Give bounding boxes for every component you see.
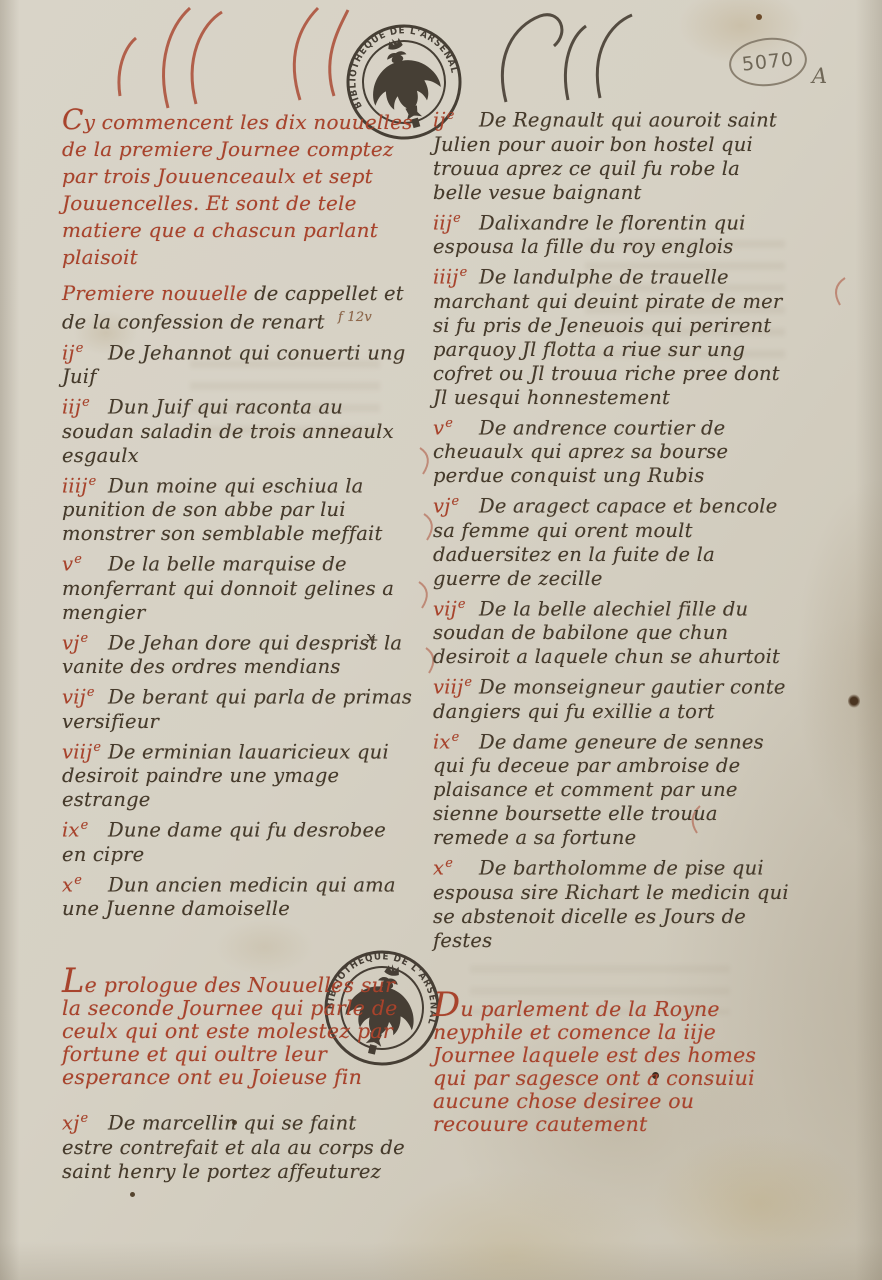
toc-entry-first: Premiere nouuelle de cappellet et de la … bbox=[62, 282, 414, 335]
entry-number: ve bbox=[433, 412, 479, 441]
entry-number: xe bbox=[433, 852, 479, 881]
entry-number: vje bbox=[433, 490, 479, 519]
entry-rubric-lead: Premiere nouuelle bbox=[62, 282, 248, 305]
entry-text: Dalixandre le florentin qui espousa la f… bbox=[433, 211, 746, 258]
entry-number: ixe bbox=[62, 814, 108, 843]
entry-text: De la belle marquise de monferrant qui d… bbox=[62, 553, 394, 624]
toc-entry: viijeDe monseigneur gautier conte dangie… bbox=[433, 671, 789, 724]
entry-number: xje bbox=[62, 1107, 108, 1136]
right-text-column: ijeDe Regnault qui aouroit saint Julien … bbox=[433, 94, 789, 1136]
ink-spot bbox=[848, 694, 860, 708]
entry-text: De aragect capace et bencole sa femme qu… bbox=[433, 495, 777, 590]
toc-entry: vjeDe aragect capace et bencole sa femme… bbox=[433, 490, 789, 591]
toc-entry: iijeDun Juif qui raconta au soudan salad… bbox=[62, 391, 414, 468]
entry-text: Dun ancien medicin qui ama une Juenne da… bbox=[62, 873, 396, 920]
ink-spot bbox=[130, 1192, 135, 1197]
entry-text: De dame geneure de sennes qui fu deceue … bbox=[433, 730, 764, 849]
entry-number: xe bbox=[62, 869, 108, 898]
entry-text: De landulphe de trauelle marchant qui de… bbox=[433, 266, 782, 409]
entry-number: vije bbox=[433, 593, 479, 622]
shelfmark-number: 5070 bbox=[741, 48, 795, 75]
entry-number: iije bbox=[62, 391, 108, 420]
entry-number: vije bbox=[62, 681, 108, 710]
entry-number: ije bbox=[433, 104, 479, 133]
entry-number: viije bbox=[433, 671, 479, 700]
entry-text: De Regnault qui aouroit saint Julien pou… bbox=[433, 109, 777, 204]
left-text-column: Cy commencent les dix nouuelles de la pr… bbox=[62, 106, 414, 1186]
entry-text: Dune dame qui fu desrobee en cipre bbox=[62, 819, 386, 866]
entry-text: Dun Juif qui raconta au soudan saladin d… bbox=[62, 396, 394, 467]
toc-entry: iiijeDe landulphe de trauelle marchant q… bbox=[433, 261, 789, 410]
shelfmark-oval: 5070 bbox=[727, 34, 810, 90]
dark-cadel-flourishes bbox=[502, 15, 632, 102]
entry-number: iiije bbox=[433, 261, 479, 290]
day2-prologue-rubric: Le prologue des Nouuelles sur la seconde… bbox=[62, 969, 414, 1089]
entry-text: De Jehannot qui conuerti ung Juif bbox=[62, 341, 405, 388]
entry-number: iiije bbox=[62, 470, 108, 499]
toc-entry: vjeDe Jehan dore qui desprist la vanite … bbox=[62, 627, 414, 680]
toc-entry: viijeDe erminian lauaricieux qui desiroi… bbox=[62, 736, 414, 813]
entry-number: ije bbox=[62, 337, 108, 366]
toc-entry: iiijeDun moine qui eschiua la punition d… bbox=[62, 470, 414, 547]
toc-entry: ijeDe Regnault qui aouroit saint Julien … bbox=[433, 104, 789, 205]
entry-text: De Jehan dore qui desprist la vanite des… bbox=[62, 631, 402, 678]
ink-spot bbox=[756, 14, 762, 20]
corner-letter: A bbox=[812, 64, 827, 88]
entry-number: vje bbox=[62, 627, 108, 656]
entry-number: iije bbox=[433, 207, 479, 236]
day3-opening-rubric: Du parlement de la Royne neyphile et com… bbox=[433, 993, 789, 1136]
entry-text: De la belle alechiel fille du soudan de … bbox=[433, 597, 780, 668]
toc-entry: iijeDalixandre le florentin qui espousa … bbox=[433, 207, 789, 260]
toc-entry: veDe la belle marquise de monferrant qui… bbox=[62, 548, 414, 625]
day1-opening-rubric: Cy commencent les dix nouuelles de la pr… bbox=[62, 106, 414, 271]
toc-entry: ixeDe dame geneure de sennes qui fu dece… bbox=[433, 726, 789, 851]
toc-entry: xeDun ancien medicin qui ama une Juenne … bbox=[62, 869, 414, 922]
toc-entry: xjeDe marcellin qui se faint estre contr… bbox=[62, 1107, 414, 1184]
toc-entry: xeDe bartholomme de pise qui espousa sir… bbox=[433, 852, 789, 953]
toc-entry: vijeDe berant qui parla de primas versif… bbox=[62, 681, 414, 734]
entry-text: De erminian lauaricieux qui desiroit pai… bbox=[62, 740, 389, 811]
entry-text: De monseigneur gautier conte dangiers qu… bbox=[433, 676, 786, 723]
manuscript-page: BIBLIOTHEQUE DE L'ARSENAL BIBLIOTHEQUE D… bbox=[0, 0, 882, 1280]
toc-entry: ixeDune dame qui fu desrobee en cipre bbox=[62, 814, 414, 867]
toc-entry: veDe andrence courtier de cheuaulx qui a… bbox=[433, 412, 789, 489]
toc-entry: ijeDe Jehannot qui conuerti ung Juif bbox=[62, 337, 414, 390]
folio-reference: f 12v bbox=[338, 310, 372, 325]
entry-number: ve bbox=[62, 548, 108, 577]
entry-text: De marcellin qui se faint estre contrefa… bbox=[62, 1112, 405, 1183]
entry-text: De bartholomme de pise qui espousa sire … bbox=[433, 857, 789, 952]
entry-number: viije bbox=[62, 736, 108, 765]
entry-text: De berant qui parla de primas versifieur bbox=[62, 686, 412, 733]
red-cadel-flourishes bbox=[119, 8, 348, 108]
entry-number: ixe bbox=[433, 726, 479, 755]
toc-entry: vijeDe la belle alechiel fille du soudan… bbox=[433, 593, 789, 670]
entry-text: Dun moine qui eschiua la punition de son… bbox=[62, 474, 383, 545]
